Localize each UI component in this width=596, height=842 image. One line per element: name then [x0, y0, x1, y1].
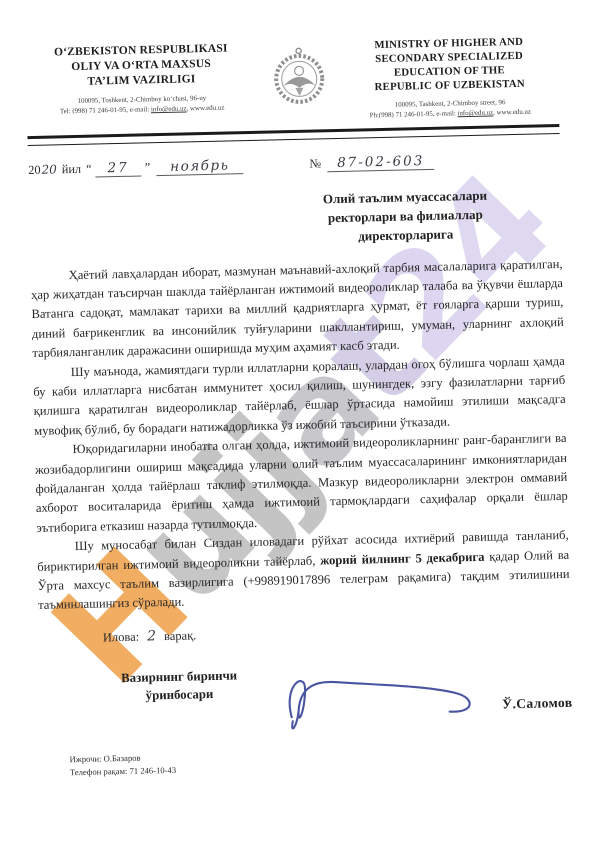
signer-name: Ў.Саломов — [502, 695, 573, 713]
executor-phone: Телефон рақам: 71 246-10-43 — [70, 765, 176, 777]
uzbekistan-emblem-icon — [262, 43, 335, 111]
executor-name: Ижрочи: О.Базаров — [69, 752, 140, 764]
date-and-number-line: 2020 йил “ 27 ” ноябрь № 87-02-603 — [28, 150, 560, 179]
phone-line-uz: Tel: (998) 71 246-01-95, e-mail: — [60, 106, 151, 115]
ministry-address-uz: 100095, Toshkent, 2-Chimboy ko‘chasi, 96… — [27, 93, 258, 118]
email-link-uz: info@edu.uz — [151, 105, 187, 113]
letter-body: Ҳаётий лавҳалардан иборат, мазмунан маън… — [30, 255, 570, 616]
addressee-block: Олий таълим муассасалари ректорлари ва ф… — [255, 185, 556, 248]
number-label: № — [309, 157, 321, 172]
signature-block: Вазирнинг биринчи ўринбосари Ў.Саломов — [40, 659, 574, 750]
attachment-line: Илова: 2 варақ. — [103, 619, 571, 646]
scanned-letter-page: O‘ZBEKISTON RESPUBLIKASI OLIY VA O‘RTA M… — [0, 0, 596, 842]
paragraph-1: Ҳаётий лавҳалардан иборат, мазмунан маън… — [30, 255, 564, 364]
document-number-handwritten: 87-02-603 — [327, 153, 435, 172]
close-quote: ” — [145, 160, 151, 175]
handwritten-signature — [270, 663, 487, 745]
letterhead-uzbek-block: O‘ZBEKISTON RESPUBLIKASI OLIY VA O‘RTA M… — [25, 41, 257, 118]
yil-label: йил — [62, 162, 82, 177]
attachment-label: Илова: — [103, 629, 140, 645]
paragraph-3: Юқоридагиларни инобатга олган ҳолда, ижт… — [34, 429, 568, 538]
paragraph-4: Шу муносабат билан Сиздан иловадаги рўйх… — [37, 526, 571, 616]
letterhead: O‘ZBEKISTON RESPUBLIKASI OLIY VA O‘RTA M… — [25, 34, 559, 129]
ministry-title-uz: O‘ZBEKISTON RESPUBLIKASI OLIY VA O‘RTA M… — [25, 41, 256, 91]
ministry-title-en: MINISTRY OF HIGHER AND SECONDARY SPECIAL… — [340, 34, 559, 95]
address-line-uz: 100095, Toshkent, 2-Chimboy ko‘chasi, 96… — [78, 95, 207, 105]
year-handwritten: 20 — [41, 163, 57, 177]
month-handwritten: ноябрь — [156, 157, 244, 176]
open-quote: “ — [86, 162, 92, 177]
ministry-address-en: 100095, Tashkent, 2-Chimboy street, 96 P… — [341, 97, 559, 122]
phone-line-en: Ph:(998) 71 246-01-95, e-mail: — [370, 110, 458, 119]
year-printed: 20 — [28, 163, 41, 178]
paragraph-2: Шу маънода, жамиятдаги турли иллатларни … — [33, 352, 567, 442]
letterhead-divider-rule — [27, 124, 559, 146]
address-line-en: 100095, Tashkent, 2-Chimboy street, 96 — [395, 99, 506, 109]
website-uz: , www.edu.uz — [186, 104, 224, 112]
day-handwritten: 27 — [95, 160, 141, 178]
email-link-en: info@edu.uz — [457, 110, 493, 118]
attachment-count-handwritten: 2 — [147, 628, 156, 644]
letterhead-english-block: MINISTRY OF HIGHER AND SECONDARY SPECIAL… — [340, 34, 559, 122]
signer-position-title: Вазирнинг биринчи ўринбосари — [94, 666, 266, 707]
deadline-bold-text: жорий йилнинг 5 декабрига — [320, 549, 485, 567]
attachment-suffix: варақ. — [164, 628, 197, 644]
website-en: , www.edu.uz — [493, 109, 531, 117]
